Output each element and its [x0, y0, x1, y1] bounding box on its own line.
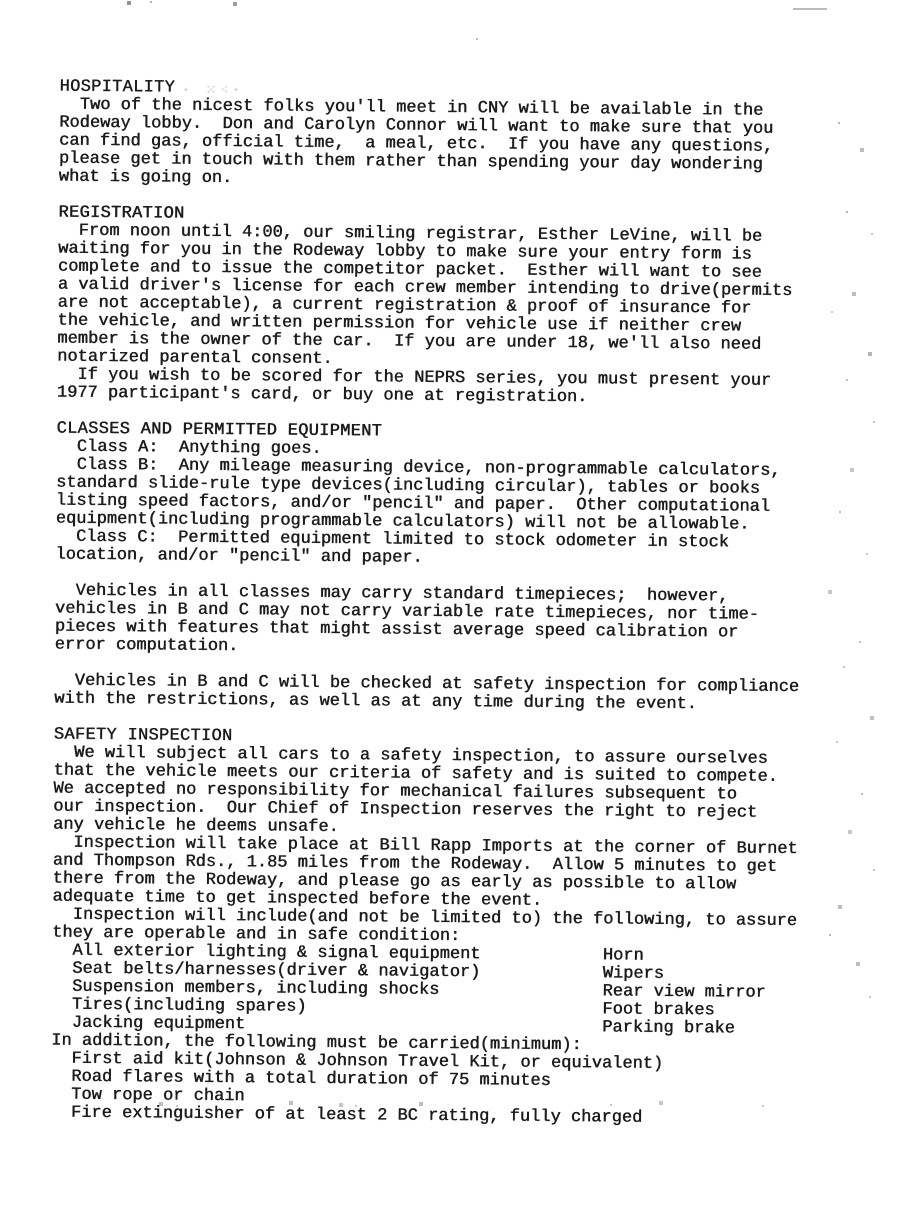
checklist-item-right: Wipers — [603, 965, 664, 984]
checklist-item-right: Foot brakes — [602, 1001, 714, 1020]
checklist-item-right: Parking brake — [602, 1019, 735, 1038]
checklist-item-right: Horn — [603, 947, 644, 965]
document-text: HOSPITALITY Two of the nicest folks you'… — [50, 79, 859, 1130]
scanned-page: · ⁙⁖· HOSPITALITY Two of the nicest folk… — [0, 0, 900, 1218]
scan-noise-specks — [0, 0, 2, 2]
scan-artifact-dash — [793, 8, 827, 10]
